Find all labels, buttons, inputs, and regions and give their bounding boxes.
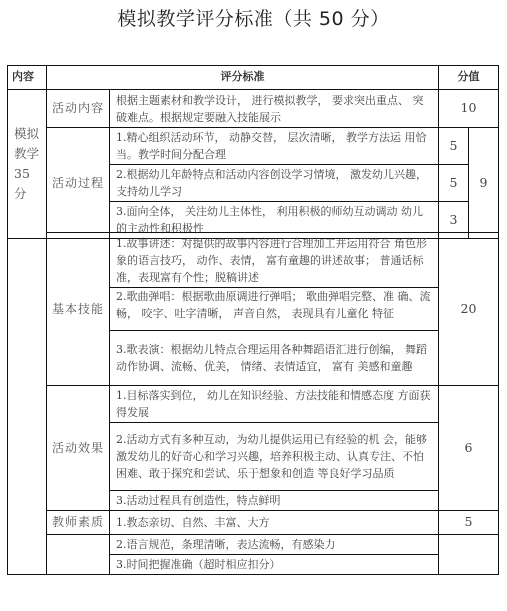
criteria-cell: 3.歌表演：根据幼儿特点合理运用各种舞蹈语汇进行创编， 舞蹈动作协调、流畅、优美… [110, 331, 439, 386]
section-label-line: 35 [14, 164, 42, 184]
header-row: 内容 评分标准 分值 [8, 66, 499, 90]
criteria-cell: 2.根据幼儿年龄特点和活动内容创设学习情境， 激发幼儿兴趣，支持幼儿学习 [110, 165, 439, 202]
score-cell: 20 [439, 233, 499, 386]
table-row: 活动过程 1.精心组织活动环节， 动静交替， 层次清晰， 教学方法运 用恰当。教… [8, 128, 499, 165]
criteria-cell: 3.时间把握准确（超时相应扣分） [110, 555, 438, 574]
table-row: 活动效果 1.目标落实到位， 幼儿在知识经验、方法技能和情感态度 方面获得发展 … [8, 386, 499, 423]
category-activity-content: 活动内容 [47, 90, 110, 128]
category-teacher-quality: 教师素质 [47, 511, 110, 535]
category-basic-skills: 基本技能 [47, 233, 110, 386]
criteria-cell: 2.语言规范，条理清晰，表达流畅，有感染力 [110, 535, 438, 555]
score-total-cell: 9 [469, 128, 499, 239]
score-cell: 5 [439, 511, 499, 535]
score-cell: 5 [439, 128, 469, 165]
criteria-cell: 1.目标落实到位， 幼儿在知识经验、方法技能和情感态度 方面获得发展 [110, 386, 439, 423]
header-criteria: 评分标准 [47, 66, 439, 90]
criteria-cell: 根据主题素材和教学设计， 进行模拟教学， 要求突出重点、 突破难点。根据规定要融… [110, 90, 439, 128]
category-activity-process: 活动过程 [47, 128, 110, 239]
header-score: 分值 [439, 66, 499, 90]
section-label-continued [8, 233, 47, 575]
scoring-table-continued: 基本技能 1.故事讲述：对提供的故事内容进行合理加工并运用符合 角色形象的语言技… [7, 232, 499, 575]
section-label-line: 教学 [14, 144, 42, 164]
section-label: 模拟 教学 35 分 [8, 90, 47, 239]
criteria-cell: 2.歌曲弹唱：根据歌曲原调进行弹唱； 歌曲弹唱完整、准 确、流畅， 咬字、吐字清… [110, 288, 439, 331]
empty-score-cell [439, 535, 499, 575]
header-content: 内容 [8, 66, 47, 90]
empty-category-cell [47, 535, 110, 575]
section-label-line: 模拟 [14, 124, 42, 144]
table-row: 教师素质 1.教态亲切、自然、丰富、大方 5 [8, 511, 499, 535]
criteria-cell: 2.活动方式有多种互动，为幼儿提供运用已有经验的机 会，能够激发幼儿的好奇心和学… [110, 423, 439, 491]
table-row: 模拟 教学 35 分 活动内容 根据主题素材和教学设计， 进行模拟教学， 要求突… [8, 90, 499, 128]
criteria-cell: 1.精心组织活动环节， 动静交替， 层次清晰， 教学方法运 用恰当。教学时间分配… [110, 128, 439, 165]
page-title: 模拟教学评分标准（共 50 分） [0, 4, 507, 31]
criteria-cell: 1.教态亲切、自然、丰富、大方 [110, 511, 439, 535]
score-cell: 5 [439, 165, 469, 202]
score-cell: 10 [439, 90, 499, 128]
score-cell: 6 [439, 386, 499, 511]
criteria-cell-pair: 2.语言规范，条理清晰，表达流畅，有感染力 3.时间把握准确（超时相应扣分） [110, 535, 439, 575]
scoring-table: 内容 评分标准 分值 模拟 教学 35 分 活动内容 根据主题素材和教学设计， … [7, 65, 499, 239]
criteria-cell: 1.故事讲述：对提供的故事内容进行合理加工并运用符合 角色形象的语言技巧， 动作… [110, 233, 439, 288]
section-label-line: 分 [14, 184, 42, 204]
table-row: 2.语言规范，条理清晰，表达流畅，有感染力 3.时间把握准确（超时相应扣分） [8, 535, 499, 575]
category-activity-effect: 活动效果 [47, 386, 110, 511]
criteria-cell: 3.活动过程具有创造性，特点鲜明 [110, 491, 439, 511]
table-row: 基本技能 1.故事讲述：对提供的故事内容进行合理加工并运用符合 角色形象的语言技… [8, 233, 499, 288]
